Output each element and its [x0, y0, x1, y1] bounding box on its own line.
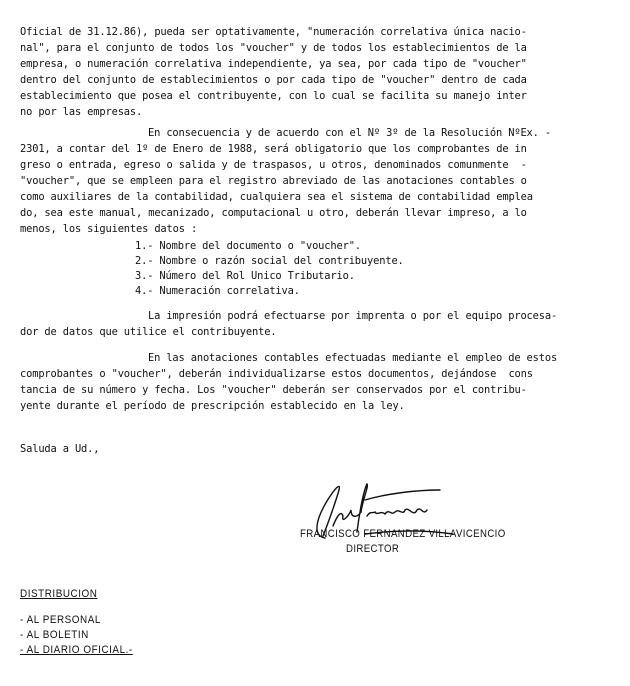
paragraph-1-line: Oficial de 31.12.86), pueda ser optativa… [20, 26, 527, 39]
signatory-name: FRANCISCO FERNANDEZ VILLAVICENCIO [300, 528, 506, 541]
paragraph-2-line: En consecuencia y de acuerdo con el Nº 3… [148, 127, 551, 140]
distribution-heading: DISTRIBUCION [20, 588, 97, 601]
paragraph-1-line: dentro del conjunto de establecimientos … [20, 74, 527, 87]
distribution-item: - AL PERSONAL [20, 614, 101, 627]
paragraph-2-line: "voucher", que se empleen para el regist… [20, 175, 527, 188]
paragraph-1-line: establecimiento que posea el contribuyen… [20, 90, 527, 103]
paragraph-2-line: do, sea este manual, mecanizado, computa… [20, 207, 527, 220]
document-page: Oficial de 31.12.86), pueda ser optativa… [0, 0, 630, 686]
list-item: 3.- Número del Rol Unico Tributario. [135, 270, 355, 283]
list-item: 1.- Nombre del documento o "voucher". [135, 240, 361, 253]
paragraph-4-line: yente durante el período de prescripción… [20, 400, 405, 413]
paragraph-4-line: comprobantes o "voucher", deberán indivi… [20, 368, 533, 381]
paragraph-1-line: nal", para el conjunto de todos los "vou… [20, 42, 527, 55]
paragraph-4-line: tancia de su número y fecha. Los "vouche… [20, 384, 527, 397]
paragraph-2-line: como auxiliares de la contabilidad, cual… [20, 191, 533, 204]
list-item: 2.- Nombre o razón social del contribuye… [135, 255, 404, 268]
paragraph-1-line: empresa, o numeración correlativa indepe… [20, 58, 527, 71]
list-item: 4.- Numeración correlativa. [135, 285, 300, 298]
paragraph-2-line: menos, los siguientes datos : [20, 223, 197, 236]
paragraph-3-line: La impresión podrá efectuarse por impren… [148, 310, 557, 323]
paragraph-3-line: dor de datos que utilice el contribuyent… [20, 326, 276, 339]
closing-salutation: Saluda a Ud., [20, 443, 99, 456]
paragraph-4-line: En las anotaciones contables efectuadas … [148, 352, 557, 365]
paragraph-2-line: 2301, a contar del 1º de Enero de 1988, … [20, 143, 527, 156]
paragraph-1-line: no por las empresas. [20, 106, 142, 119]
signatory-title: DIRECTOR [346, 543, 399, 556]
paragraph-2-line: greso o entrada, egreso o salida y de tr… [20, 159, 527, 172]
distribution-item: - AL DIARIO OFICIAL.- [20, 644, 133, 657]
distribution-item: - AL BOLETIN [20, 629, 89, 642]
